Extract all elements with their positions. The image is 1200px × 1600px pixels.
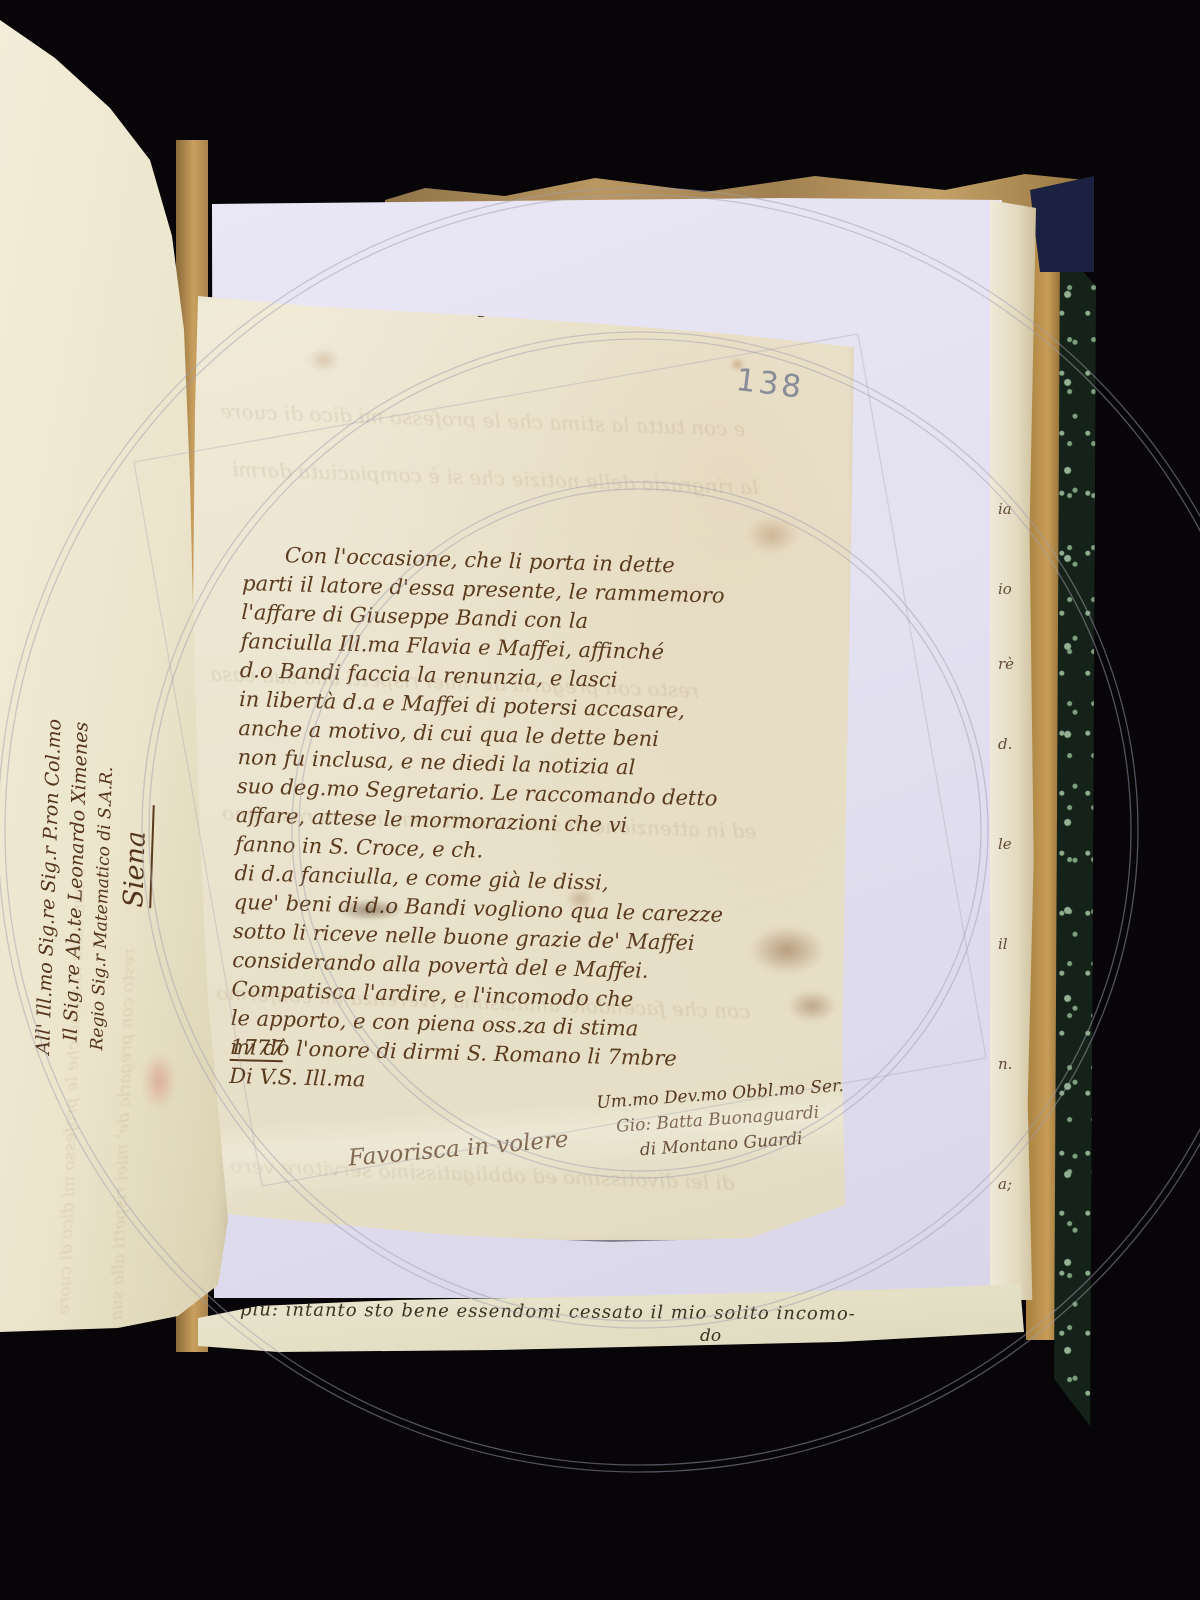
signature-line: Um.mo Dev.mo Obbl.mo Ser.re	[596, 1073, 857, 1116]
ink-fragment: le	[998, 835, 1012, 853]
stain	[308, 348, 340, 372]
letter-body: Con l'occasione, che li porta in dette p…	[229, 540, 855, 1107]
letter-line: le apporto, e con piena oss.za di stima	[230, 1004, 843, 1049]
stain	[746, 516, 798, 554]
ghost-bleedthrough-line: ed in attenzione di suoi riveriti comand…	[222, 801, 757, 844]
ink-fragment: n.	[998, 1055, 1012, 1073]
letter-line: anche a motivo, di cui qua le dette beni	[238, 714, 851, 759]
letter-line: di d.a fanciulla, e come già le dissi,	[234, 859, 847, 904]
strip-hyphen-carry: do	[700, 1326, 721, 1346]
letter-sheet: Ill.mo Sig.re Sig.re P.ron Col.mo 138 e …	[190, 290, 860, 1240]
stain	[142, 1052, 176, 1110]
date-prefix: mi dò l'onore di dirmi S. Romano li 7mbr…	[230, 1033, 677, 1074]
letter-line: non fu inclusa, e ne diedi la notizia al	[237, 743, 850, 788]
strip-text-line: più: intanto sto bene essendomi cessato …	[240, 1299, 1020, 1325]
ink-fragment: io	[998, 580, 1012, 598]
letter-line: parti il latore d'essa presente, le ramm…	[242, 569, 855, 614]
letter-date-line: mi dò l'onore di dirmi S. Romano li 7mbr…	[230, 1033, 843, 1078]
letter-line: que' beni di d.o Bandi vogliono qua le c…	[233, 888, 846, 933]
closing-line: Favorisca in volere	[347, 1126, 569, 1171]
ghost-bleedthrough-line: con che facendole umilissima riverenza m…	[216, 981, 751, 1024]
ghost-bleedthrough-line: resto con pregarla de' miei rispetti all…	[210, 661, 700, 702]
letter-line: sotto li riceve nelle buone grazie de' M…	[233, 917, 846, 962]
letter-line: fanno in S. Croce, e ch.	[235, 830, 848, 875]
date-year: 1777	[230, 1035, 284, 1062]
letter-line: considerando alla povertà del e Maffei.	[232, 946, 845, 991]
signature-line: Gio: Batta Buonaguardi	[615, 1098, 858, 1140]
letter-line: Con l'occasione, che li porta in dette	[285, 541, 856, 585]
address-city-text: Siena	[118, 804, 155, 908]
signature-block: Um.mo Dev.mo Obbl.mo Ser.re Gio: Batta B…	[596, 1073, 861, 1166]
letter-line: Compatisca l'ardire, e l'incomodo che	[231, 975, 844, 1020]
marbled-board-edge	[1054, 246, 1096, 1426]
stain	[788, 990, 836, 1022]
signature-line: di Montano Guardi	[639, 1123, 860, 1163]
ink-blot	[338, 900, 402, 920]
ghost-bleedthrough-line: e con tutta la stima che le professo mi …	[220, 399, 746, 441]
stain	[566, 888, 594, 910]
ink-fragment: ia	[998, 500, 1012, 518]
ghost-bleedthrough-line: la ringrazio delle notizie che si è comp…	[232, 457, 759, 499]
letter-line: l'affare di Giuseppe Bandi con la	[241, 598, 854, 643]
letter-line: suo deg.mo Segretario. Le raccomando det…	[236, 772, 849, 817]
address-block: All' Ill.mo Sig.re Sig.r P.ron Col.mo Il…	[30, 572, 159, 1058]
letter-line: in libertà d.a e Maffei di potersi accas…	[239, 685, 852, 730]
ghost-bleedthrough-line: di lei divotissimo ed obbligatissimo ser…	[230, 1153, 735, 1195]
letter-line: d.o Bandi faccia la renunzia, e lasci	[240, 656, 853, 701]
stain	[750, 926, 824, 974]
ink-fragment: a;	[998, 1175, 1012, 1193]
folio-number: 138	[734, 362, 806, 406]
cover-corner	[1030, 176, 1094, 272]
photo-stage: ia io rè d. le il n. a; All' Ill.mo Sig.…	[0, 0, 1200, 1600]
stain	[730, 358, 745, 371]
letter-line: fanciulla Ill.ma Flavia e Maffei, affinc…	[240, 627, 853, 672]
letter-line: affare, attese le mormorazioni che vi	[236, 801, 849, 846]
ink-fragment: rè	[998, 655, 1014, 673]
ink-fragment: d.	[998, 735, 1012, 753]
ink-fragment: il	[998, 935, 1008, 953]
letter-valediction: Di V.S. Ill.ma	[229, 1062, 842, 1107]
